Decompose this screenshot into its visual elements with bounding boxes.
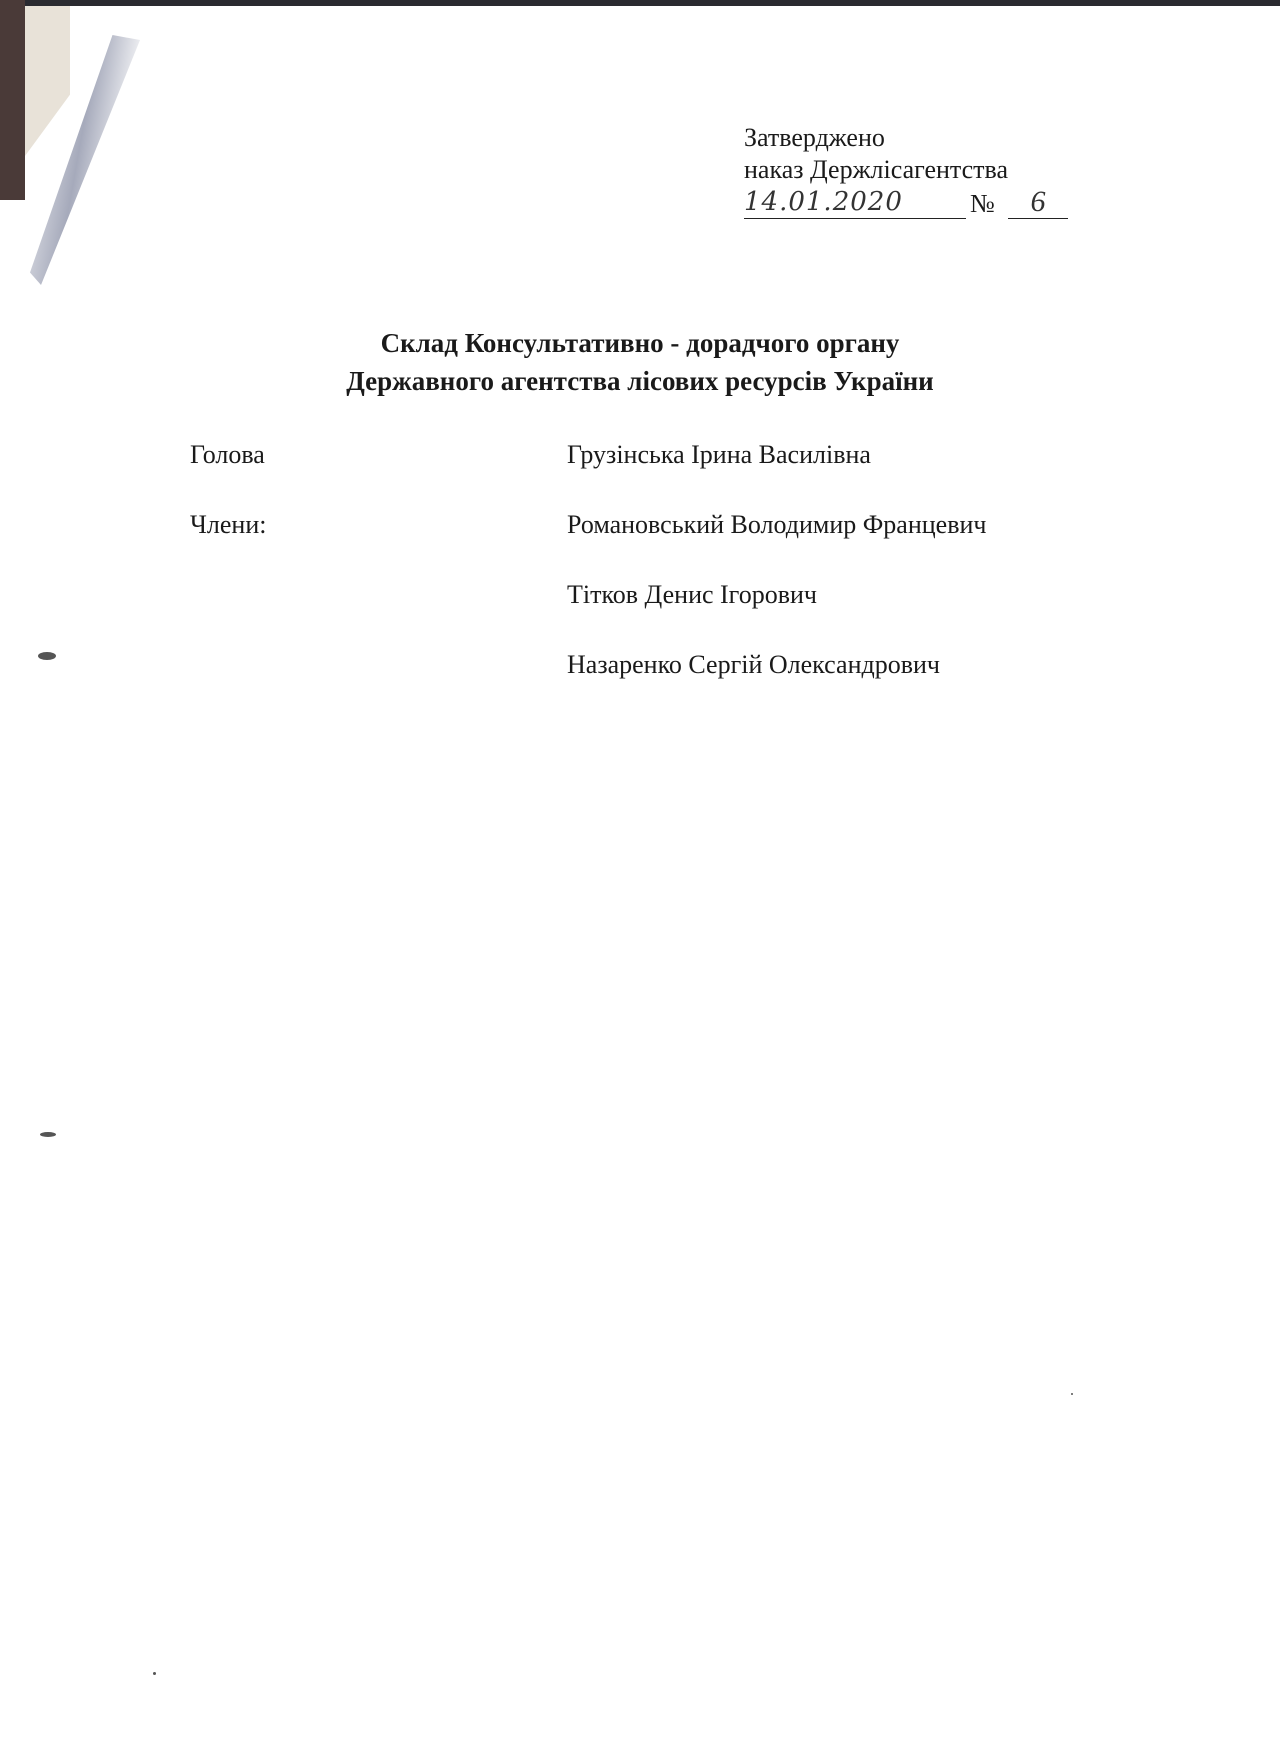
scan-speck [1071, 1393, 1073, 1395]
scan-speck [38, 652, 56, 660]
document-title: Склад Консультативно - дорадчого органу … [0, 324, 1280, 400]
roster-name: Тітков Денис Ігорович [567, 580, 817, 610]
approval-stamp-block: Затверджено наказ Держлісагентства 14.01… [744, 122, 1008, 226]
document-page [25, 6, 1280, 1763]
scan-speck [153, 1672, 156, 1675]
member-roster: Голова Грузінська Ірина Василівна Члени:… [190, 440, 1090, 720]
title-line-1: Склад Консультативно - дорадчого органу [0, 324, 1280, 362]
handwritten-order-number: 6 [1008, 186, 1068, 219]
title-line-2: Державного агентства лісових ресурсів Ук… [0, 362, 1280, 400]
roster-row: Голова Грузінська Ірина Василівна [190, 440, 1090, 510]
roster-row: Назаренко Сергій Олександрович [190, 650, 1090, 720]
roster-role: Голова [190, 440, 265, 470]
roster-name: Грузінська Ірина Василівна [567, 440, 871, 470]
approval-date-number-row: 14.01.2020 № 6 [744, 186, 1008, 226]
roster-row: Члени: Романовський Володимир Францевич [190, 510, 1090, 580]
scan-top-border [25, 0, 1280, 6]
roster-name: Романовський Володимир Францевич [567, 510, 986, 540]
roster-name: Назаренко Сергій Олександрович [567, 650, 940, 680]
roster-role: Члени: [190, 510, 266, 540]
roster-row: Тітков Денис Ігорович [190, 580, 1090, 650]
handwritten-date: 14.01.2020 [744, 186, 966, 219]
scan-speck [40, 1132, 56, 1137]
approval-order-label: наказ Держлісагентства [744, 154, 1008, 186]
number-sign: № [970, 188, 995, 220]
approval-heading: Затверджено [744, 122, 1008, 154]
